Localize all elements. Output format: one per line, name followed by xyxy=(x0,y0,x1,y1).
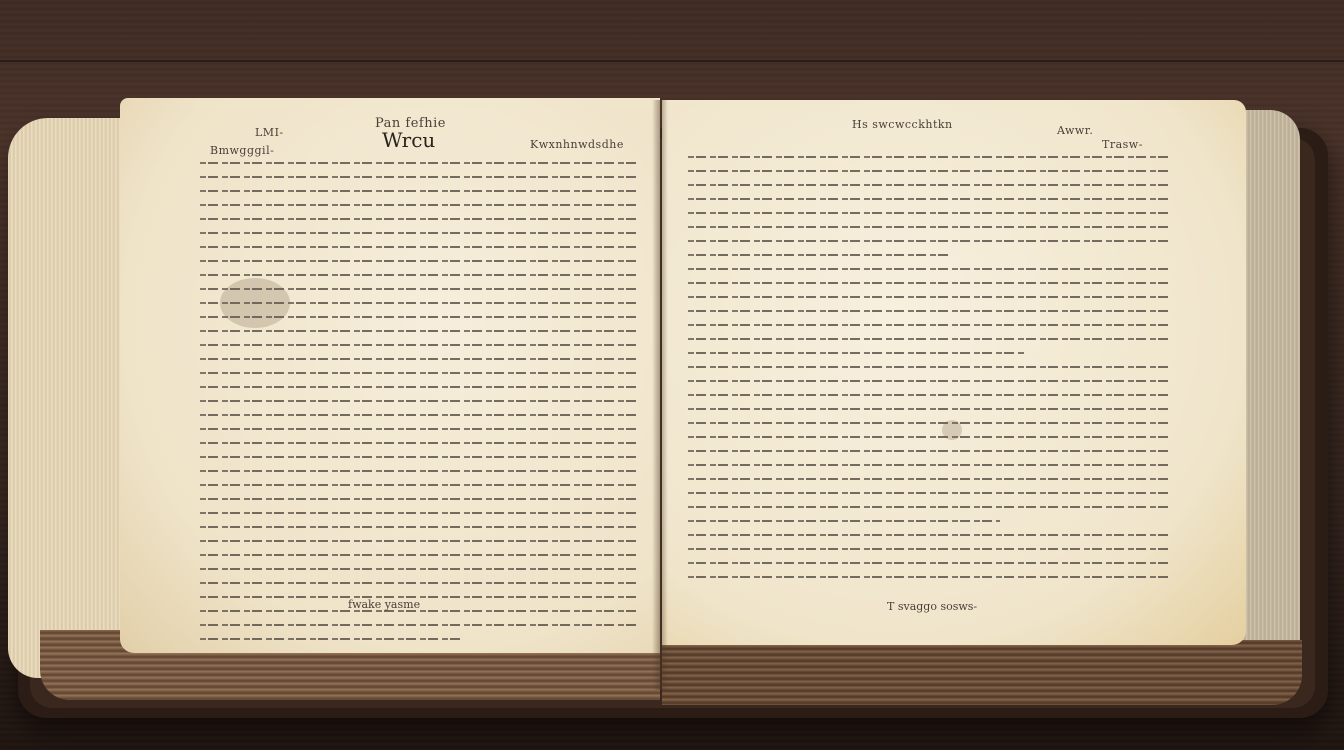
left-footer: fwake yasme xyxy=(348,598,420,611)
page-stack-bottom-right xyxy=(662,640,1302,705)
left-page: LMI- Pan fefhie Wrcu Bmwgggil- Kwxnhnwds… xyxy=(120,98,660,653)
corner-head: LMI- xyxy=(255,126,284,139)
ink-stain xyxy=(220,278,290,328)
right-footer: T svaggo sosws- xyxy=(887,600,977,613)
handwritten-mark: Wrcu xyxy=(382,128,435,152)
right-page-text xyxy=(688,156,1168,590)
right-head: Kwxnhnwdsdhe xyxy=(530,138,624,151)
right-page: Hs swcwcckhtkn Awwr. Trasw- T svaggo sos… xyxy=(662,100,1246,645)
table-seam xyxy=(0,60,1344,62)
ink-spot xyxy=(942,420,962,440)
first-word: Bmwgggil- xyxy=(210,144,274,157)
running-head: Hs swcwcckhtkn xyxy=(852,118,953,131)
book-spine-gutter xyxy=(652,100,668,690)
sub-head: Trasw- xyxy=(1102,138,1143,151)
left-page-text xyxy=(200,162,640,652)
corner-head: Awwr. xyxy=(1057,124,1093,137)
